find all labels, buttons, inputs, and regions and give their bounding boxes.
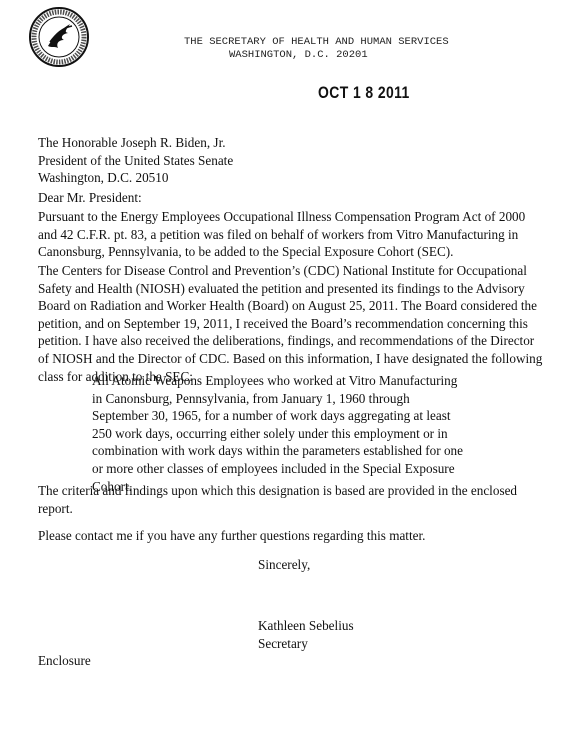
paragraph-line: and 42 C.F.R. pt. 83, a petition was fil…	[38, 226, 525, 244]
paragraph-evaluation: The Centers for Disease Control and Prev…	[38, 262, 542, 385]
paragraph-line: Canonsburg, Pennsylvania, to be added to…	[38, 243, 525, 261]
signature-block: Kathleen Sebelius Secretary	[258, 617, 354, 652]
signer-title: Secretary	[258, 635, 354, 653]
letterhead-address: WASHINGTON, D.C. 20201	[229, 49, 368, 62]
recipient-line: The Honorable Joseph R. Biden, Jr.	[38, 134, 233, 152]
paragraph-line: Pursuant to the Energy Employees Occupat…	[38, 208, 525, 226]
hhs-seal-icon	[28, 6, 90, 68]
class-definition-line: combination with work days within the pa…	[92, 442, 463, 460]
salutation: Dear Mr. President:	[38, 189, 142, 207]
paragraph-line: petition, and on September 19, 2011, I r…	[38, 315, 542, 333]
signer-name: Kathleen Sebelius	[258, 617, 354, 635]
recipient-line: Washington, D.C. 20510	[38, 169, 233, 187]
paragraph-line: Please contact me if you have any furthe…	[38, 527, 425, 545]
paragraph-line: Board on Radiation and Worker Health (Bo…	[38, 297, 542, 315]
paragraph-line: Safety and Health (NIOSH) evaluated the …	[38, 280, 542, 298]
recipient-line: President of the United States Senate	[38, 152, 233, 170]
paragraph-line: petition. I have also received the delib…	[38, 332, 542, 350]
paragraph-contact: Please contact me if you have any furthe…	[38, 527, 425, 545]
class-definition-line: September 30, 1965, for a number of work…	[92, 407, 463, 425]
class-definition-line: or more other classes of employees inclu…	[92, 460, 463, 478]
letterhead-title: THE SECRETARY OF HEALTH AND HUMAN SERVIC…	[184, 36, 449, 49]
paragraph-line: of NIOSH and the Director of CDC. Based …	[38, 350, 542, 368]
recipient-address: The Honorable Joseph R. Biden, Jr. Presi…	[38, 134, 233, 187]
paragraph-criteria: The criteria and findings upon which thi…	[38, 482, 517, 517]
paragraph-line: The Centers for Disease Control and Prev…	[38, 262, 542, 280]
paragraph-petition: Pursuant to the Energy Employees Occupat…	[38, 208, 525, 261]
class-definition-block: All Atomic Weapons Employees who worked …	[92, 372, 463, 495]
date-stamp: OCT 1 8 2011	[318, 83, 410, 103]
class-definition-line: 250 work days, occurring either solely u…	[92, 425, 463, 443]
class-definition-line: All Atomic Weapons Employees who worked …	[92, 372, 463, 390]
paragraph-line: report.	[38, 500, 517, 518]
class-definition-line: in Canonsburg, Pennsylvania, from Januar…	[92, 390, 463, 408]
enclosure-note: Enclosure	[38, 652, 91, 670]
closing: Sincerely,	[258, 556, 310, 574]
paragraph-line: The criteria and findings upon which thi…	[38, 482, 517, 500]
